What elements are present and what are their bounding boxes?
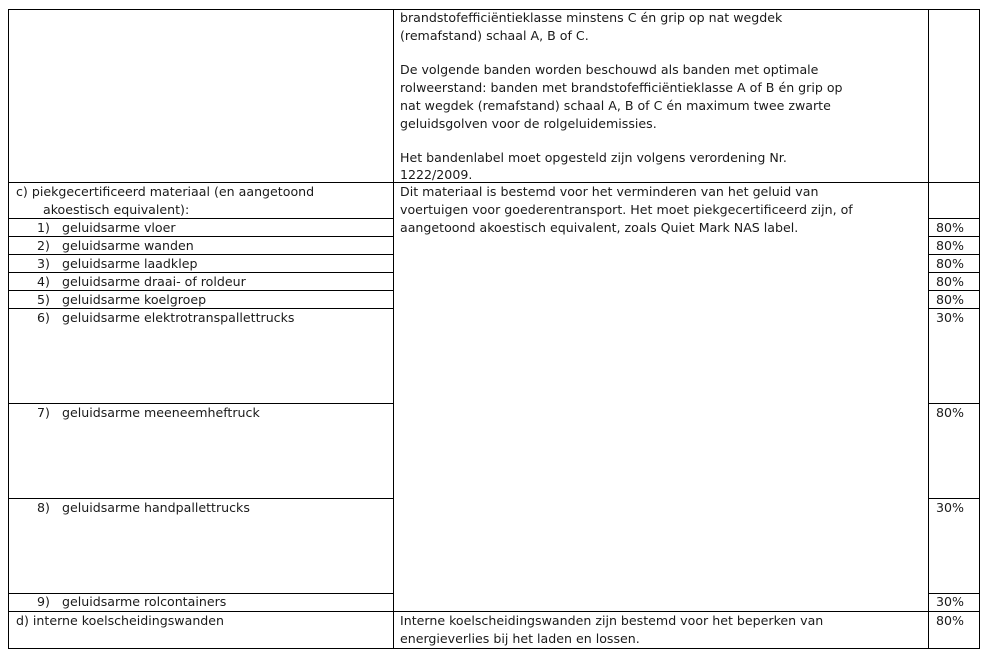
- table-border-right: [979, 9, 980, 649]
- section-c-label-cont: akoestisch equivalent):: [43, 201, 189, 219]
- item-label: geluidsarme rolcontainers: [62, 593, 226, 611]
- description-line: brandstofefficiëntieklasse minstens C én…: [400, 9, 782, 27]
- item-label: geluidsarme wanden: [62, 237, 194, 255]
- section-c-label: c) piekgecertificeerd materiaal (en aang…: [16, 183, 314, 201]
- table-border-bottom: [8, 648, 980, 649]
- item-number: 5): [37, 291, 50, 309]
- item-percentage: 30%: [936, 593, 964, 611]
- section-c-description-line: voertuigen voor goederentransport. Het m…: [400, 201, 853, 219]
- item-percentage: 80%: [936, 219, 964, 237]
- item-number: 1): [37, 219, 50, 237]
- item-number: 3): [37, 255, 50, 273]
- item-percentage: 30%: [936, 309, 964, 327]
- description-line: (remafstand) schaal A, B of C.: [400, 27, 589, 45]
- item-percentage: 80%: [936, 273, 964, 291]
- item-label: geluidsarme draai- of roldeur: [62, 273, 246, 291]
- section-d-description-line: Interne koelscheidingswanden zijn bestem…: [400, 612, 823, 630]
- description-line: 1222/2009.: [400, 166, 472, 184]
- item-percentage: 80%: [936, 237, 964, 255]
- description-line: nat wegdek (remafstand) schaal A, B of C…: [400, 97, 831, 115]
- column-divider-1: [393, 9, 394, 649]
- section-d-percentage: 80%: [936, 612, 964, 630]
- item-number: 7): [37, 404, 50, 422]
- item-number: 2): [37, 237, 50, 255]
- item-label: geluidsarme elektrotranspallettrucks: [62, 309, 294, 327]
- item-percentage: 80%: [936, 255, 964, 273]
- column-divider-2: [928, 9, 929, 649]
- item-number: 4): [37, 273, 50, 291]
- item-label: geluidsarme koelgroep: [62, 291, 206, 309]
- item-number: 8): [37, 499, 50, 517]
- item-label: geluidsarme meeneemheftruck: [62, 404, 260, 422]
- item-label: geluidsarme handpallettrucks: [62, 499, 250, 517]
- section-c-description-line: aangetoond akoestisch equivalent, zoals …: [400, 219, 798, 237]
- item-label: geluidsarme vloer: [62, 219, 176, 237]
- item-label: geluidsarme laadklep: [62, 255, 197, 273]
- description-line: geluidsgolven voor de rolgeluidemissies.: [400, 115, 657, 133]
- item-percentage: 30%: [936, 499, 964, 517]
- item-percentage: 80%: [936, 404, 964, 422]
- item-percentage: 80%: [936, 291, 964, 309]
- table-border-left: [8, 9, 9, 649]
- description-line: Het bandenlabel moet opgesteld zijn volg…: [400, 149, 787, 167]
- description-line: De volgende banden worden beschouwd als …: [400, 61, 818, 79]
- item-number: 9): [37, 593, 50, 611]
- section-d-description-line: energieverlies bij het laden en lossen.: [400, 630, 640, 648]
- section-d-label: d) interne koelscheidingswanden: [16, 612, 224, 630]
- description-line: rolweerstand: banden met brandstofeffici…: [400, 79, 843, 97]
- item-number: 6): [37, 309, 50, 327]
- section-c-description-line: Dit materiaal is bestemd voor het vermin…: [400, 183, 818, 201]
